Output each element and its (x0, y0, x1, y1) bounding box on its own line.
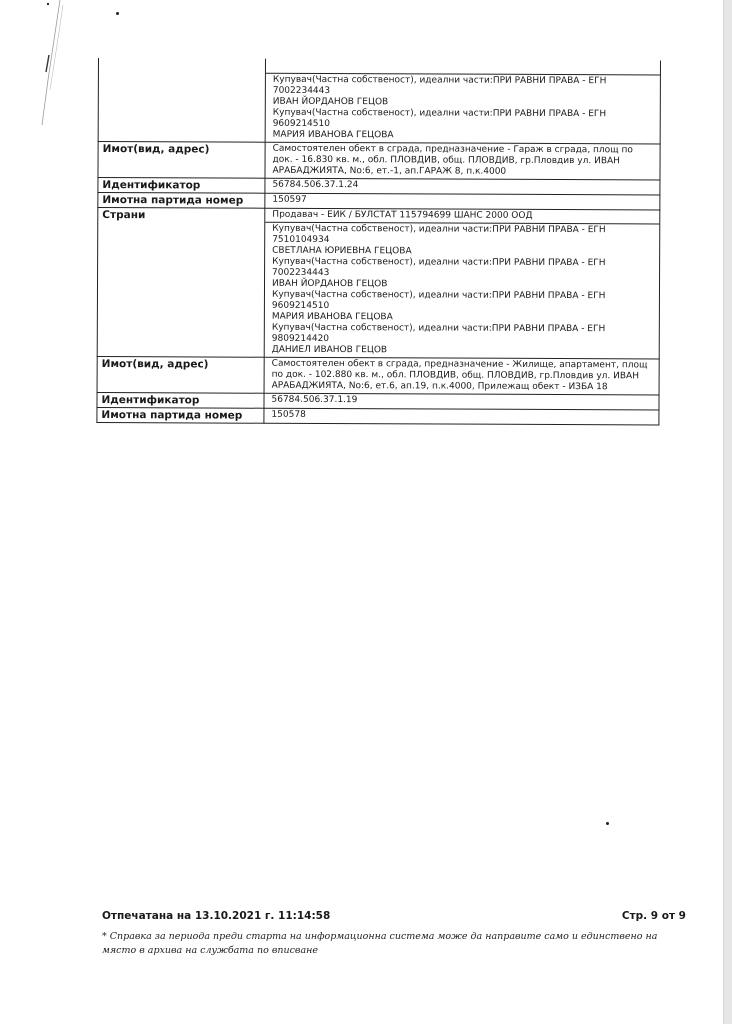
batch-value-cell: 150597 (265, 193, 660, 210)
parties-label: Страни (97, 208, 265, 358)
table-row-batch: Имотна партида номер 150578 (97, 407, 659, 424)
buyer-name: ДАНИЕЛ ИВАНОВ ГЕЦОВ (272, 345, 654, 358)
buyer-text: Купувач(Частна собственост), идеални час… (272, 257, 654, 281)
scan-speck (606, 822, 609, 825)
buyer-text: Купувач(Частна собственост), идеални час… (272, 323, 654, 347)
table-row-parties: Страни Продавач - ЕИК / БУЛСТАТ 11579469… (97, 208, 660, 359)
value-cell: Купувач(Частна собственост), идеални час… (265, 59, 660, 144)
scan-artifact-marks (30, 0, 70, 130)
property-label: Имот(вид, адрес) (97, 356, 264, 393)
party-text: Купувач(Частна собственост), идеални час… (273, 75, 655, 99)
batch-value: 150597 (265, 194, 659, 209)
batch-value: 150578 (264, 409, 658, 424)
table-row-property: Имот(вид, адрес) Самостоятелен обект в с… (97, 356, 659, 394)
table-row-property: Имот(вид, адрес) Самостоятелен обект в с… (98, 142, 660, 180)
party-entry: Купувач(Частна собственост), идеални час… (266, 73, 660, 144)
footnote: * Справка за периода преди старта на инф… (102, 930, 686, 958)
identifier-value-cell: 56784.506.37.1.19 (264, 393, 659, 410)
party-name: МАРИЯ ИВАНОВА ГЕЦОВА (273, 130, 655, 143)
scan-speck (116, 12, 119, 15)
batch-value-cell: 150578 (264, 408, 659, 425)
buyer-text: Купувач(Частна собственост), идеални час… (272, 224, 654, 248)
page-footer: Отпечатана на 13.10.2021 г. 11:14:58 Стр… (102, 910, 686, 958)
table-row-continued-parties: Купувач(Частна собственост), идеални час… (98, 58, 660, 144)
page-number: Стр. 9 от 9 (622, 910, 686, 922)
registry-table: Купувач(Частна собственост), идеални час… (96, 58, 661, 425)
property-label: Имот(вид, адрес) (98, 142, 265, 179)
batch-label: Имотна партида номер (97, 407, 264, 423)
printed-timestamp: Отпечатана на 13.10.2021 г. 11:14:58 (102, 910, 330, 922)
identifier-label: Идентификатор (98, 178, 265, 194)
identifier-value: 56784.506.37.1.19 (264, 394, 658, 409)
property-value: Самостоятелен обект в сграда, предназнач… (264, 357, 659, 395)
scan-edge (723, 0, 732, 1024)
parties-value: Продавач - ЕИК / БУЛСТАТ 115794699 ШАНС … (264, 208, 660, 359)
property-text: Самостоятелен обект в сграда, предназнач… (265, 143, 659, 180)
footer-row: Отпечатана на 13.10.2021 г. 11:14:58 Стр… (102, 910, 686, 922)
identifier-label: Идентификатор (97, 392, 264, 408)
label-cell (98, 58, 265, 142)
identifier-value-cell: 56784.506.37.1.24 (265, 178, 660, 195)
buyer-text: Купувач(Частна собственост), идеални час… (272, 290, 654, 314)
property-value: Самостоятелен обект в сграда, предназнач… (265, 142, 660, 180)
party-text: Купувач(Частна собственост), идеални час… (273, 108, 655, 132)
identifier-value: 56784.506.37.1.24 (265, 179, 659, 194)
batch-label: Имотна партида номер (98, 193, 265, 209)
property-text: Самостоятелен обект в сграда, предназнач… (265, 358, 659, 395)
buyers-list: Купувач(Частна собственост), идеални час… (265, 222, 660, 359)
